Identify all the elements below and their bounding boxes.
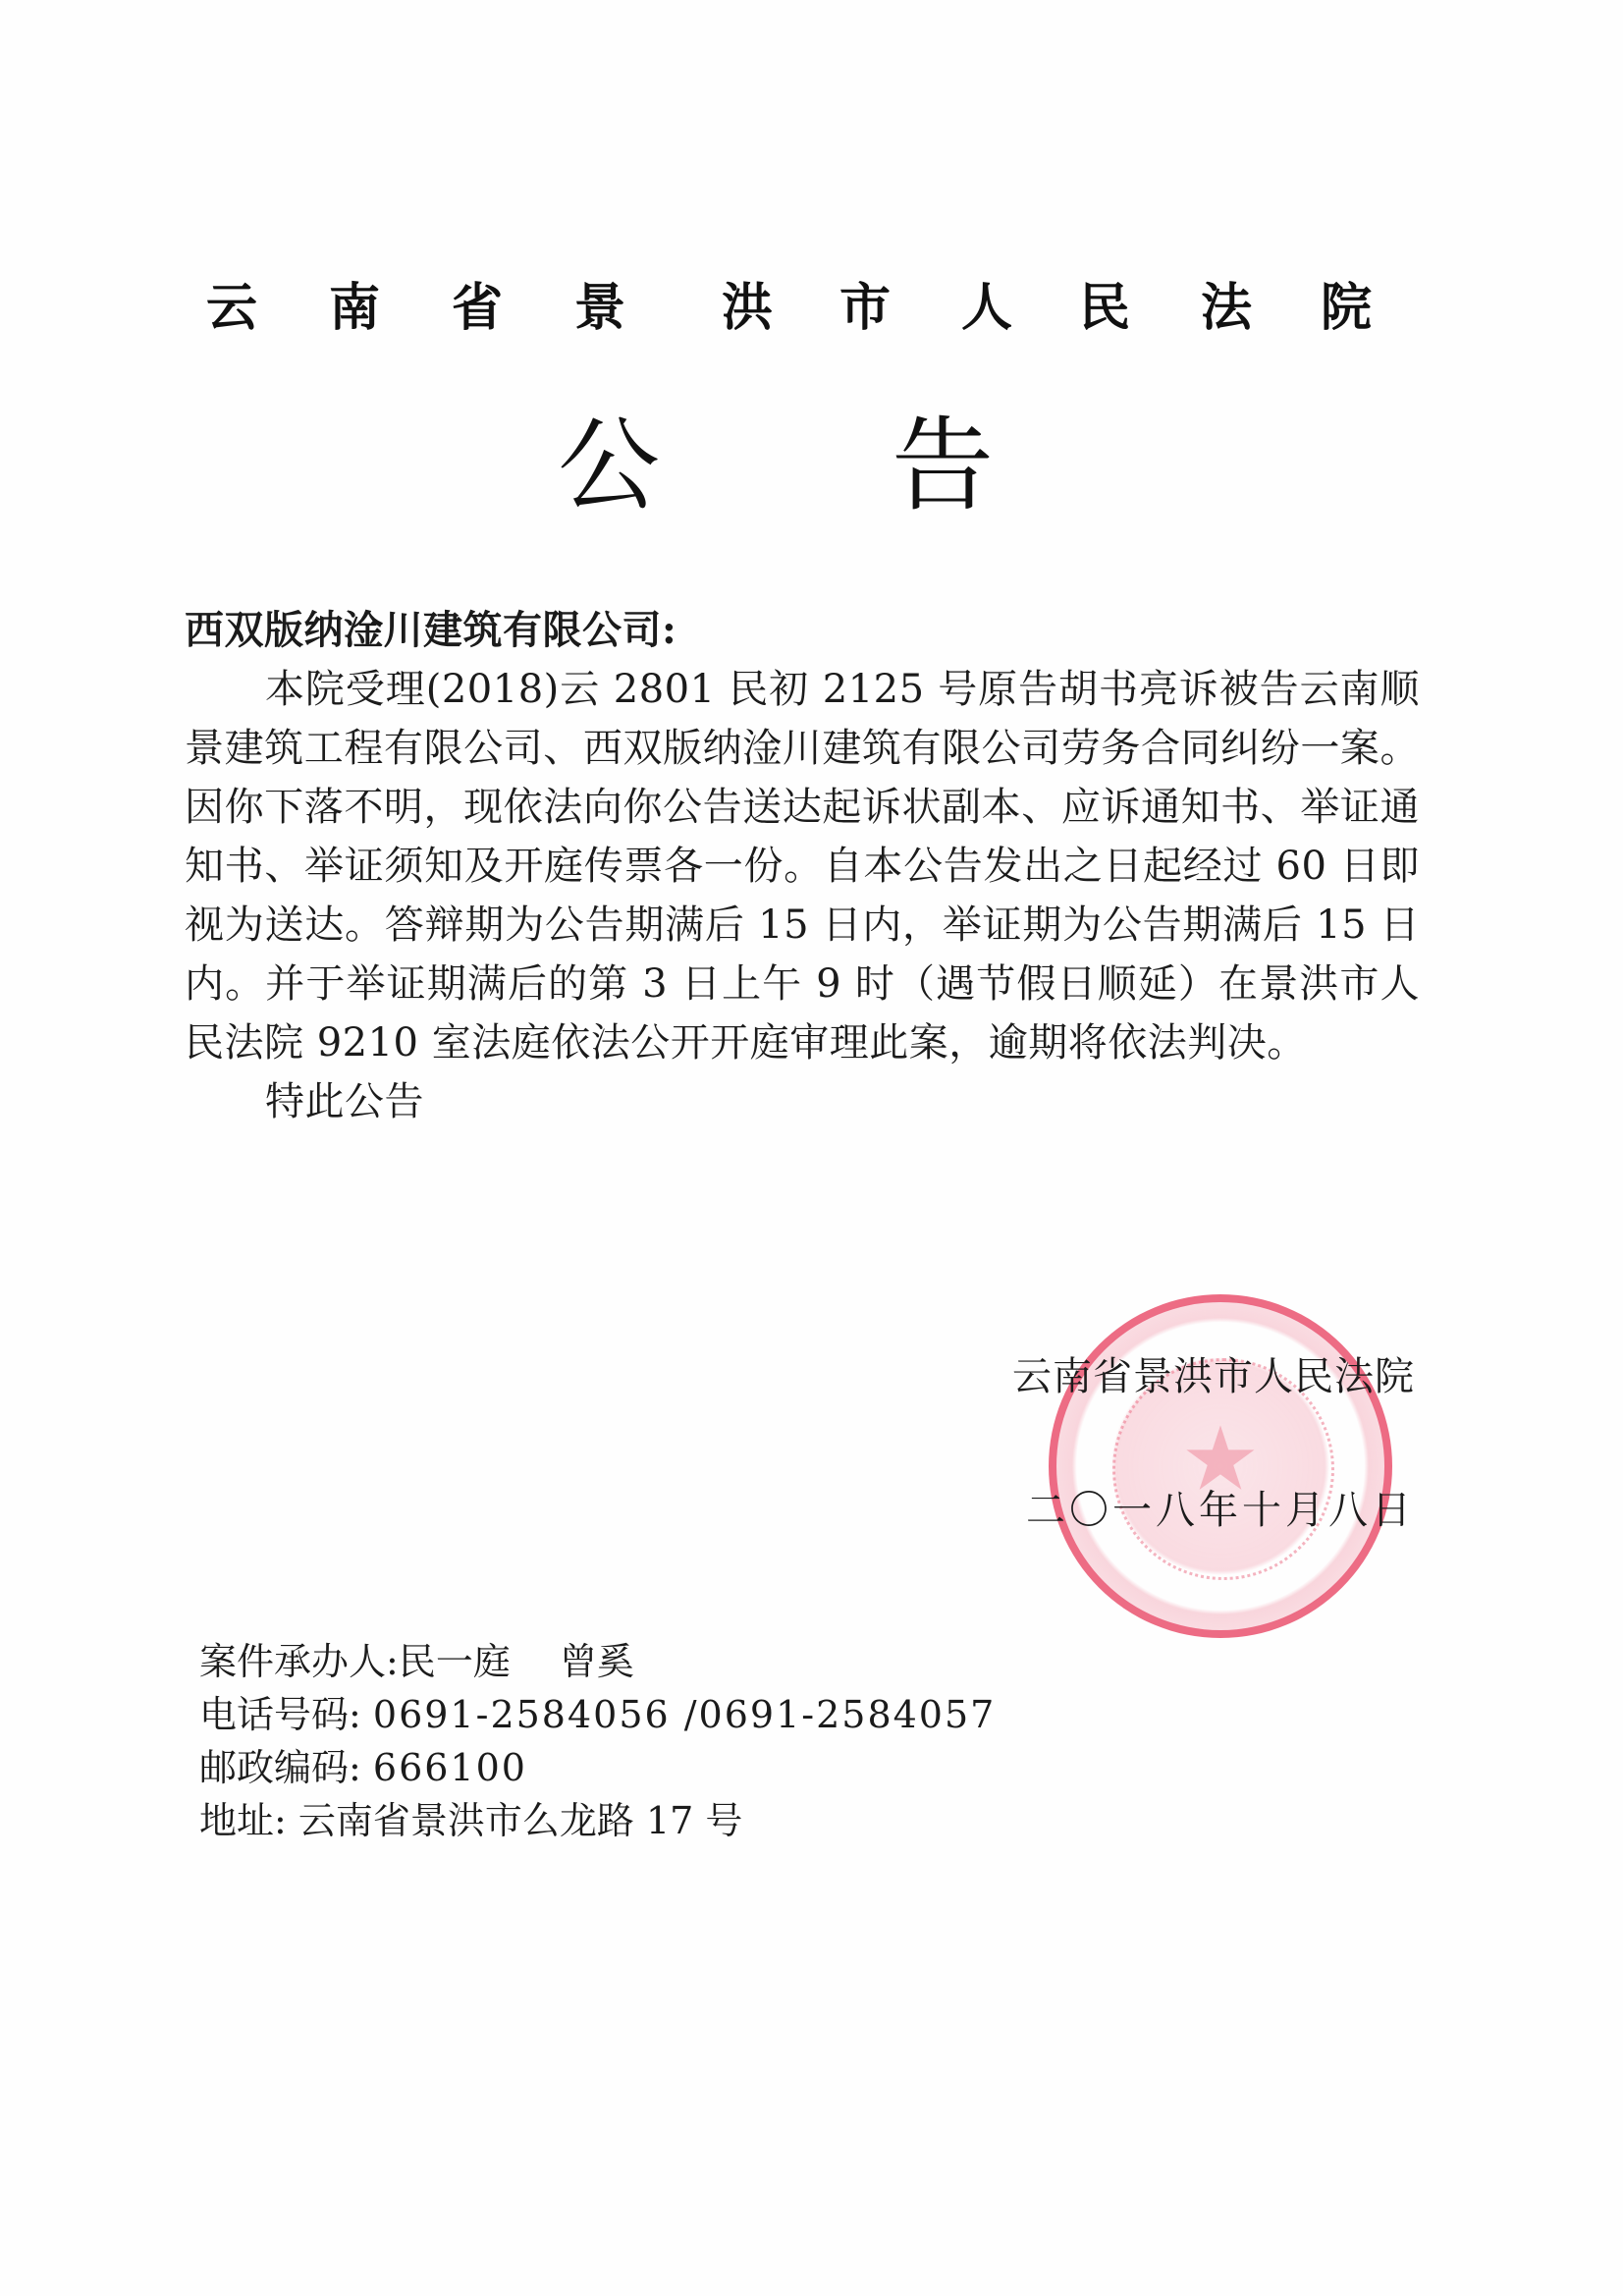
court-title-char: 法 (1196, 266, 1257, 340)
postcode-line: 邮政编码: 666100 (199, 1741, 996, 1794)
postcode-label: 邮政编码: (199, 1746, 373, 1789)
handler-value: 民一庭 曾奚 (399, 1640, 634, 1683)
court-title-char: 民 (1074, 266, 1135, 340)
body-paragraph: 本院受理(2018)云 2801 民初 2125 号原告胡书亮诉被告云南顺景建筑… (185, 660, 1420, 1072)
phone-line: 电话号码: 0691-2584056 /0691-2584057 (199, 1688, 996, 1741)
court-title-char: 景 (569, 266, 630, 340)
handler-line: 案件承办人:民一庭 曾奚 (199, 1635, 996, 1688)
court-title-char: 人 (956, 266, 1017, 340)
notice-title: 公 告 (550, 398, 1001, 516)
signature-court-name: 云南省景洪市人民法院 (1012, 1357, 1415, 1396)
address-label: 地址: (199, 1799, 298, 1842)
court-title: 云 南 省 景 洪 市 人 民 法 院 (201, 263, 1438, 342)
notice-body: 西双版纳淦川建筑有限公司: 本院受理(2018)云 2801 民初 2125 号… (185, 601, 1420, 1131)
phone-value: 0691-2584056 /0691-2584057 (373, 1693, 996, 1736)
signature-block: 云南省景洪市人民法院 二〇一八年十月八日 (1012, 1357, 1415, 1530)
addressee: 西双版纳淦川建筑有限公司: (185, 601, 1420, 660)
notice-title-char: 公 (550, 383, 668, 530)
court-title-char: 云 (201, 266, 262, 340)
phone-label: 电话号码: (199, 1693, 373, 1736)
postcode-value: 666100 (373, 1746, 527, 1789)
address-value: 云南省景洪市么龙路 17 号 (298, 1799, 743, 1842)
court-title-char: 省 (447, 266, 508, 340)
court-title-char: 南 (324, 266, 385, 340)
court-title-char: 院 (1316, 266, 1377, 340)
notice-page: 云 南 省 景 洪 市 人 民 法 院 公 告 西双版纳淦川建筑有限公司: 本院… (0, 0, 1623, 2296)
closing-line: 特此公告 (185, 1072, 1420, 1131)
address-line: 地址: 云南省景洪市么龙路 17 号 (199, 1794, 996, 1847)
notice-title-char: 告 (884, 383, 1001, 530)
contact-info: 案件承办人:民一庭 曾奚 电话号码: 0691-2584056 /0691-25… (199, 1635, 996, 1847)
signature-date: 二〇一八年十月八日 (1012, 1491, 1415, 1530)
handler-label: 案件承办人: (199, 1640, 399, 1683)
court-title-char: 洪 (717, 266, 778, 340)
court-title-char: 市 (835, 266, 895, 340)
